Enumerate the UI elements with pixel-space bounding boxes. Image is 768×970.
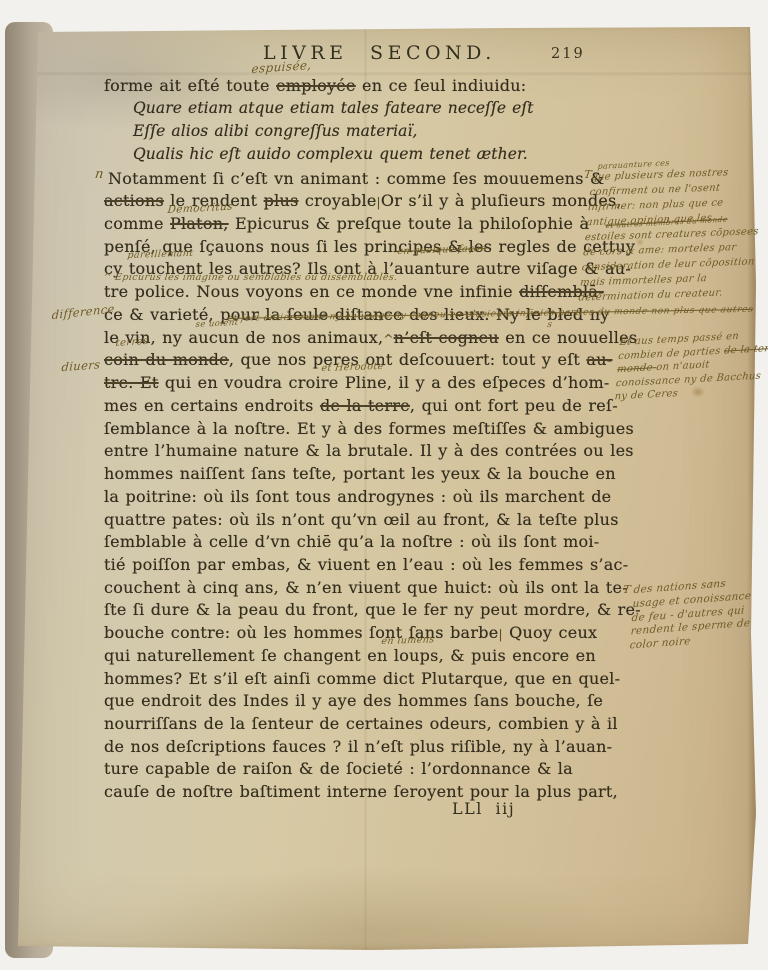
photographed-book-scene: LIVRE SECOND. 219 forme ait eſté toute e… [0,0,768,970]
print-text: Notamment ſi c’eſt vn animant : comme ſe… [108,169,605,188]
print-line: forme ait eſté toute employée en ce ſeul… [104,76,526,95]
print-text: qui naturellement ſe changent en loups, … [104,646,596,665]
gathering-signature: LLl iij [452,799,515,818]
struck-print-text: Platon, [170,214,229,233]
print-line: qui naturellement ſe changent en loups, … [104,646,596,665]
handwritten-text: on n'auoit [656,359,710,373]
print-line: la poitrine: où ils ſont tous androgynes… [104,487,611,506]
print-text: cauſe de noſtre baſtiment interne ſeroye… [104,782,618,801]
margin-annotation-block: Et aus temps passé encombien de parties … [614,328,768,404]
print-text: Eſſe alios alibi congreſſus materiaï, [133,122,418,140]
print-line: Qualis hic eſt auido complexu quem tenet… [133,145,528,163]
print-line: couchent à cinq ans, & n’en viuent que h… [104,578,628,597]
handwritten-annotation: T [622,583,632,596]
handwritten-annotation: n [94,167,105,182]
print-line: bouche contre: où les hommes ſont ſans b… [104,623,597,642]
struck-print-text: de la terre [320,396,410,415]
print-line: de nos deſcriptions fauces ? il n’eſt pl… [104,737,612,756]
print-line: comme Platon, Epicurus & preſque toute l… [104,214,589,233]
print-text: quattre pates: où ils n’ont qu’vn œil au… [104,510,619,529]
print-line: Quare etiam atque etiam tales fateare ne… [133,99,534,117]
print-text: Qualis hic eſt auido complexu quem tenet… [133,145,528,163]
print-text: ture capable de raiſon & de ſocieté : l’… [104,759,573,778]
print-line: hommes naiſſent ſans teſte, portant les … [104,464,616,483]
page-number: 219 [551,46,585,62]
print-line: mes en certains endroits de la terre, qu… [104,396,618,415]
print-line: ſemblance à la noſtre. Et y à des formes… [104,419,634,438]
print-text: mes en certains endroits [104,396,320,415]
print-text: forme ait eſté toute [104,76,276,95]
struck-print-text: coin du monde [104,350,229,369]
print-text: Quoy ceux [503,623,598,642]
handwritten-annotation: diuers [61,357,101,374]
print-text: hommes? Et s’il eſt ainſi comme dict Plu… [104,669,620,688]
struck-print-text: plus [264,191,299,210]
print-line: tié poiſſon par embas, & viuent en l’eau… [104,555,628,574]
struck-print-text: employée [276,76,356,95]
print-line: nourriſſans de la ſenteur de certaines o… [104,714,618,733]
print-text: entre l’humaine nature & la brutale. Il … [104,441,634,460]
print-line: entre l’humaine nature & la brutale. Il … [104,441,634,460]
handwritten-annotation: ^ Epicurus les imagine ou semblables ou … [102,272,398,283]
print-text: la poitrine: où ils ſont tous androgynes… [104,487,611,506]
print-line: que endroit des Indes il y aye des homme… [104,691,603,710]
print-line: quattre pates: où ils n’ont qu’vn œil au… [104,510,619,529]
print-line: ture capable de raiſon & de ſocieté : l’… [104,759,573,778]
handwritten-text: monde [617,362,657,375]
handwritten-annotation: espuisée, [251,58,312,76]
margin-annotation-block: des nations sansusage et conoissancede f… [629,576,754,654]
print-line: ſemblable à celle d’vn chiē qu’a la noſt… [104,532,599,551]
print-text: , qui ont fort peu de reſ- [410,396,618,415]
handwritten-annotation: et Herodote [321,361,384,374]
print-text: bouche contre: où les hommes ſont ſans b… [104,623,498,642]
print-text: couchent à cinq ans, & n’en viuent que h… [104,578,628,597]
struck-print-text: actions [104,191,164,210]
print-text: , que nos peres ont deſcouuert: tout y e… [229,350,587,369]
handwritten-annotation: terres [115,336,149,349]
print-text: ſemblance à la noſtre. Et y à des formes… [104,419,634,438]
text-layers: LIVRE SECOND. 219 forme ait eſté toute e… [0,0,768,970]
print-line: ſte ſi dure & la peau du front, que le f… [104,600,641,619]
print-text: hommes naiſſent ſans teſte, portant les … [104,464,616,483]
struck-print-text: n’eſt cogneu [394,328,499,347]
print-text: Or s’il y à pluſieurs mondes, [381,191,622,210]
print-text: en ce nouuelles [499,328,637,347]
print-text: tre police. Nous voyons en ce monde vne … [104,282,519,301]
print-line: hommes? Et s’il eſt ainſi comme dict Plu… [104,669,620,688]
print-text: nourriſſans de la ſenteur de certaines o… [104,714,618,733]
print-line: tre. Et qui en voudra croire Pline, il y… [104,373,610,392]
margin-annotation-block: que plusieurs des nostresconfirment ou n… [578,164,766,306]
print-text: Quare etiam atque etiam tales fateare ne… [133,99,534,117]
print-line: Eſſe alios alibi congreſſus materiaï, [133,122,418,140]
handwritten-text: de la ter [724,343,768,356]
print-text: en ce ſeul indiuidu: [356,76,527,95]
handwritten-annotation: pareillemant [127,248,194,261]
print-text: comme [104,214,170,233]
print-text: que endroit des Indes il y aye des homme… [104,691,603,710]
print-text: ſte ſi dure & la peau du front, que le f… [104,600,641,619]
print-line: le vin, ny aucun de nos animaux,^n’eſt c… [104,328,637,347]
handwritten-text: ny de Ceres [614,388,678,402]
print-text: ſemblable à celle d’vn chiē qu’a la noſt… [104,532,599,551]
handwritten-annotation: en iumens [381,634,435,647]
print-line: Notamment ſi c’eſt vn animant : comme ſe… [108,169,605,188]
print-text: tié poiſſon par embas, & viuent en l’eau… [104,555,628,574]
struck-print-text: tre. Et [104,373,159,392]
print-line: cauſe de noſtre baſtiment interne ſeroye… [104,782,618,801]
handwritten-text: determination du createur. [578,287,723,303]
print-text: de nos deſcriptions fauces ? il n’eſt pl… [104,737,612,756]
print-line: tre police. Nous voyons en ce monde vne … [104,282,604,301]
inline-ink-mark: ^ [383,332,393,346]
struck-print-text: au- [586,350,612,369]
print-text: croyable [299,191,377,210]
print-text: Epicurus & preſque toute la philoſophie … [229,214,590,233]
print-text: qui en voudra croire Pline, il y a des e… [159,373,610,392]
